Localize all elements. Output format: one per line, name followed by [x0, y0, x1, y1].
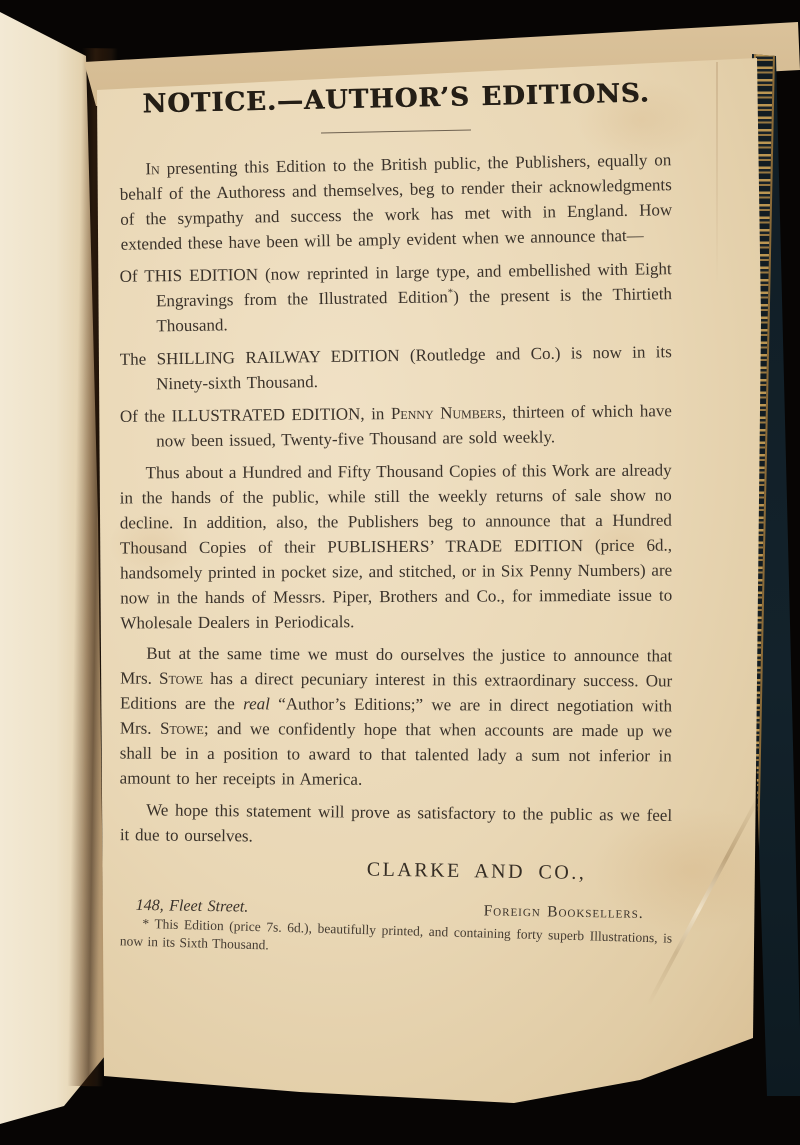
edition-item-shilling: The SHILLING RAILWAY EDITION (Routledge …: [120, 339, 673, 397]
edition-item-this: Of THIS EDITION (now reprinted in large …: [120, 256, 673, 339]
publisher-role: Foreign Booksellers.: [483, 898, 671, 926]
page-crease-top: [716, 62, 718, 287]
title-rule: [321, 130, 471, 134]
signature-block: CLARKE AND CO., 148, Fleet Street. Forei…: [120, 854, 673, 927]
paragraph-intro: In presenting this Edition to the Britis…: [119, 147, 673, 257]
paragraph-circulation: Thus about a Hundred and Fifty Thousand …: [120, 458, 673, 636]
page-content: NOTICE.—AUTHOR’S EDITIONS. In presenting…: [120, 74, 672, 966]
publisher-name: CLARKE AND CO.,: [120, 854, 672, 888]
paragraph-closing: We hope this statement will prove as sat…: [120, 797, 672, 853]
book-page: NOTICE.—AUTHOR’S EDITIONS. In presenting…: [0, 0, 800, 1145]
edition-item-illustrated: Of the ILLUSTRATED EDITION, in Penny Num…: [120, 398, 672, 454]
paragraph-stowe: But at the same time we must do ourselve…: [120, 641, 673, 794]
